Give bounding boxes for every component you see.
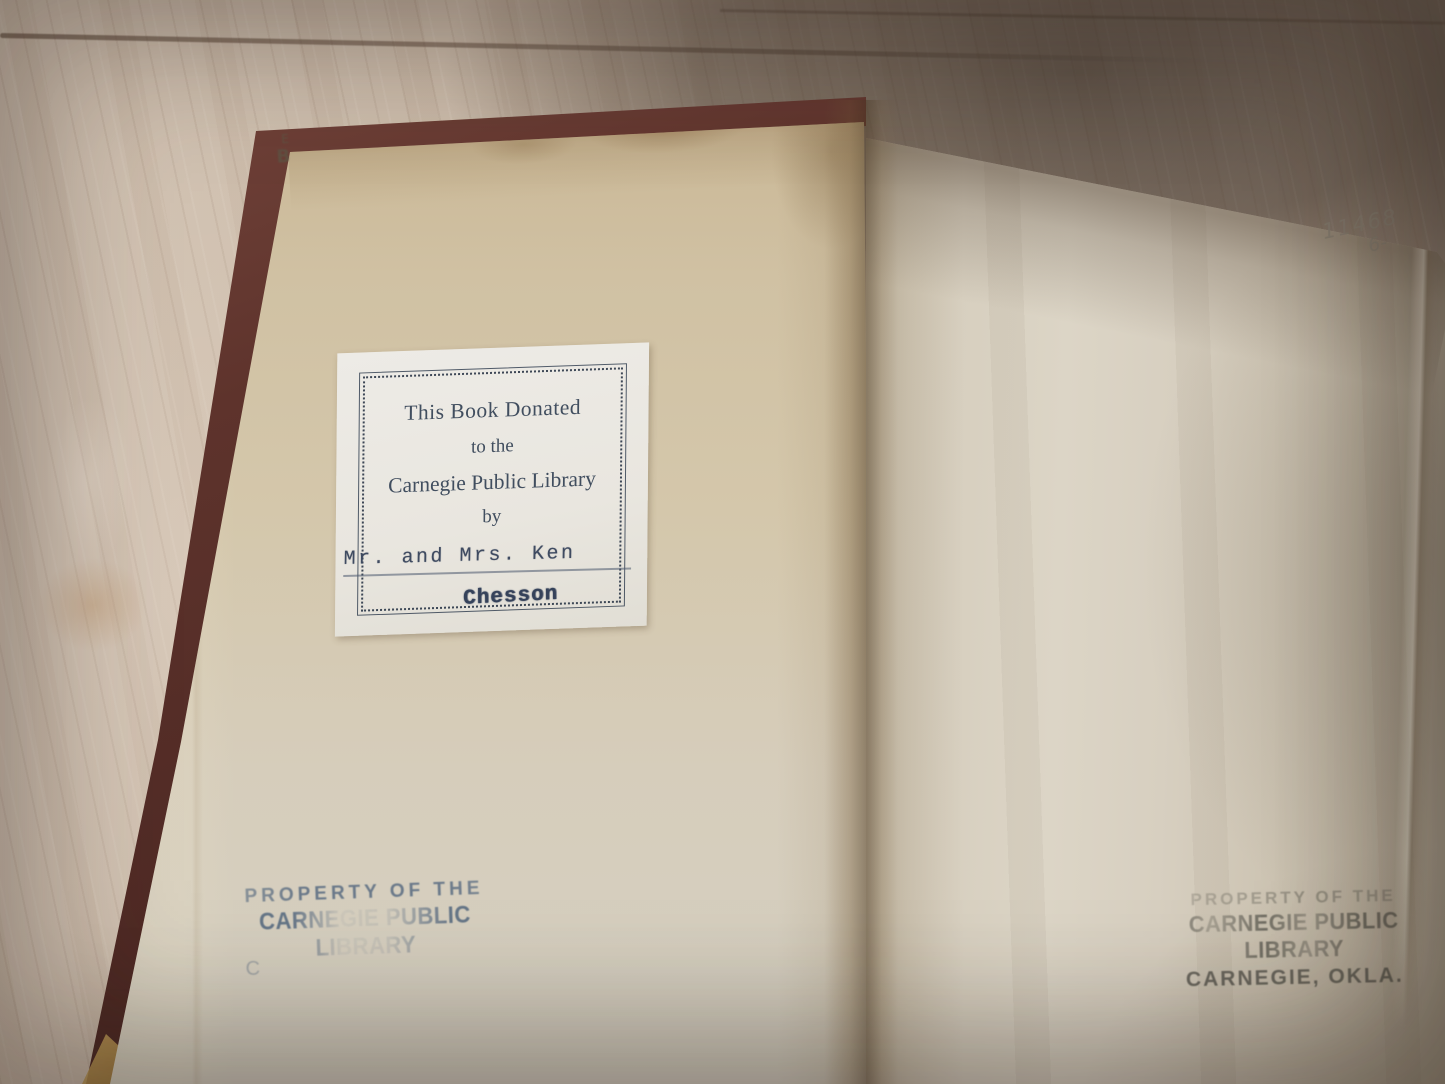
- pencil-inscription-top-left: E B: [275, 131, 297, 167]
- stamp-left-remnant: C: [245, 958, 260, 981]
- pencil-mark-e: E: [281, 131, 296, 146]
- stamp-right-line-2: CARNEGIE PUBLIC LIBRARY: [1145, 906, 1442, 966]
- photo-scene: This Book Donated to the Carnegie Public…: [0, 0, 1445, 1084]
- wood-ochre-stain: [18, 540, 168, 670]
- donation-bookplate: This Book Donated to the Carnegie Public…: [335, 342, 649, 636]
- pencil-mark-b: B: [276, 145, 297, 167]
- book-gutter-shadow: [824, 100, 898, 1084]
- stamp-left-line-2: CARNEGIE PUBLIC LIBRARY: [213, 900, 518, 967]
- library-stamp-left: PROPERTY OF THE CARNEGIE PUBLIC LIBRARY …: [199, 876, 532, 966]
- library-stamp-right: PROPERTY OF THE CARNEGIE PUBLIC LIBRARY …: [1137, 885, 1445, 994]
